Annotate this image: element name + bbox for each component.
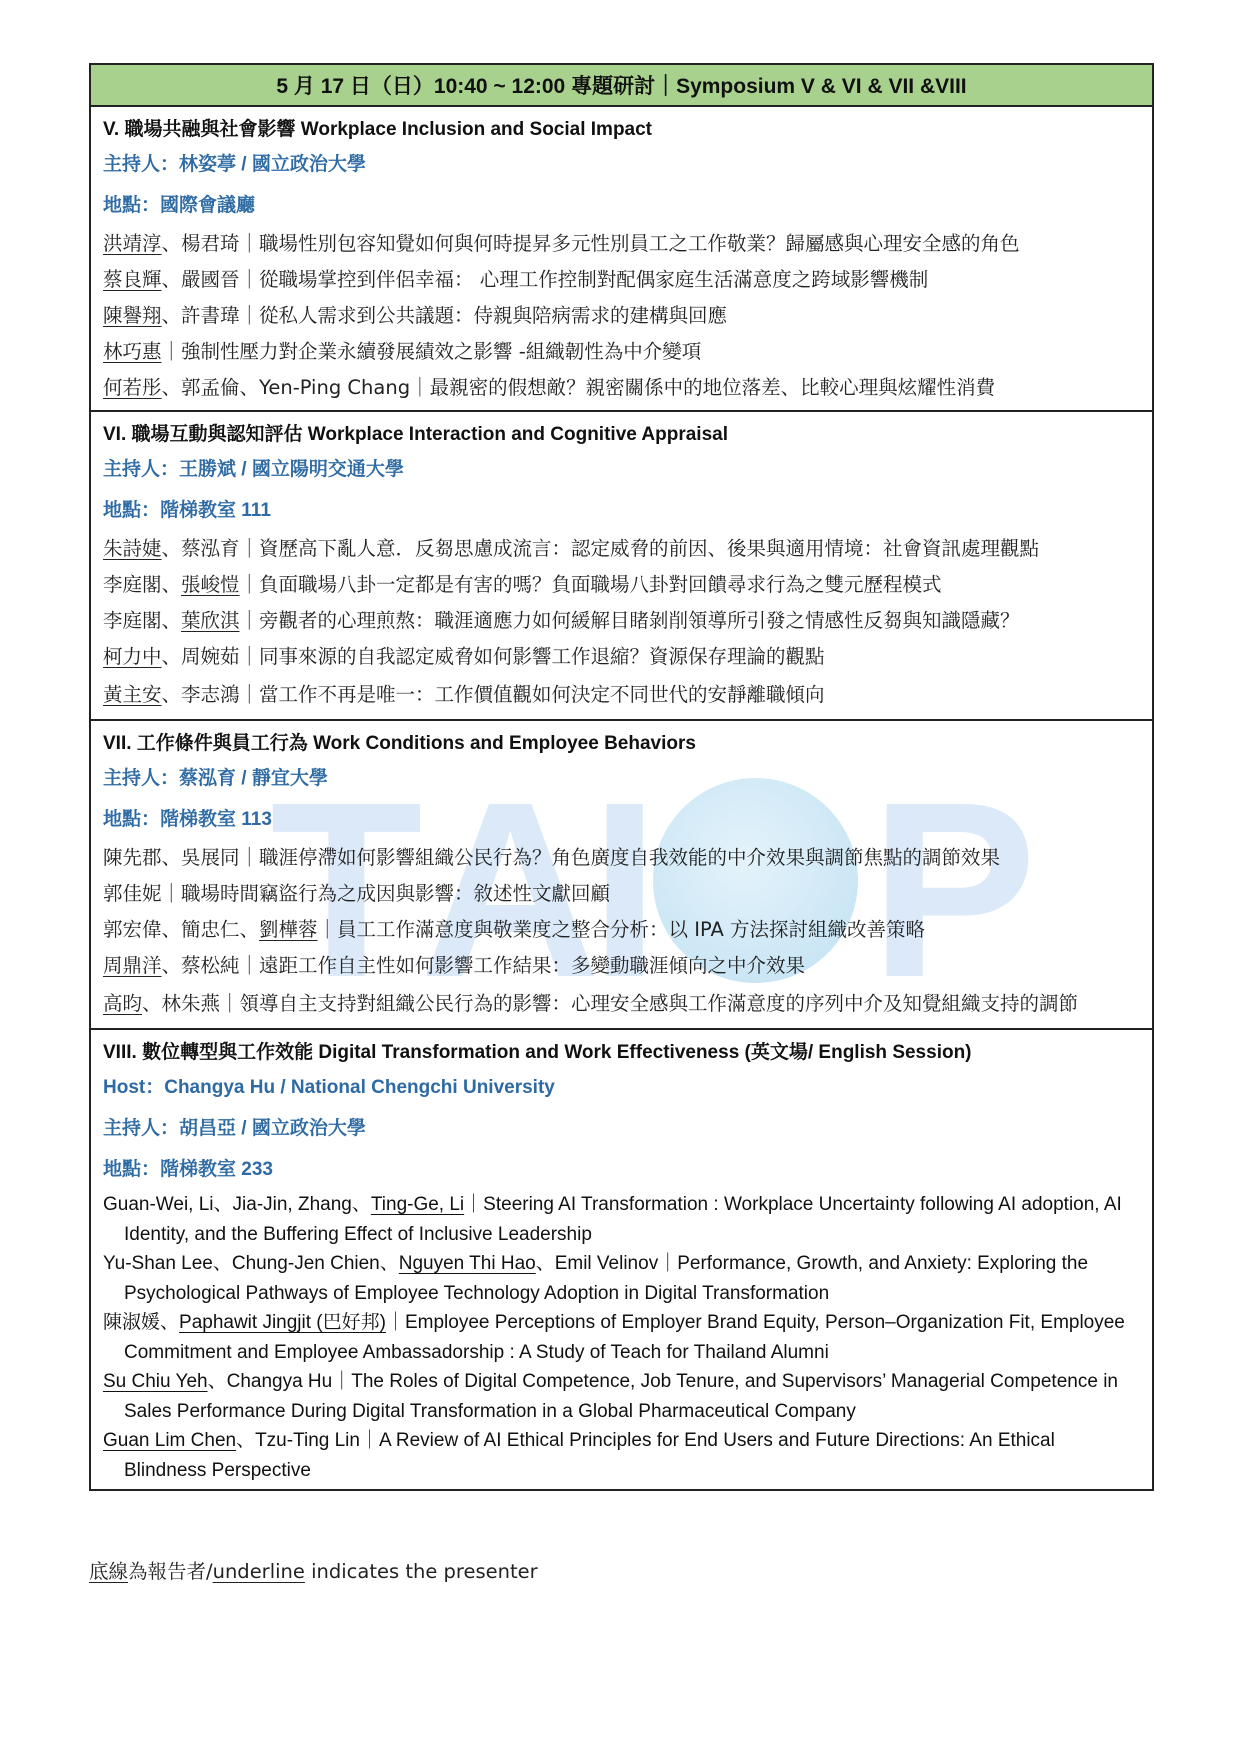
separator: ｜ [658, 1253, 677, 1274]
paper-title: 員工工作滿意度與敬業度之整合分析：以 IPA 方法探討組織改善策略 [337, 918, 925, 941]
presenter-name: 高昀 [103, 992, 142, 1015]
session-location: 地點：階梯教室 113 [103, 799, 1142, 840]
presenter-name: 洪靖淳 [103, 232, 162, 255]
symposium-schedule-table: 5 月 17 日（日）10:40 ~ 12:00 專題研討｜Symposium … [89, 63, 1154, 1491]
presenter-name: Su Chiu Yeh [103, 1371, 208, 1392]
paper-title: 從私人需求到公共議題：侍親與陪病需求的建構與回應 [259, 304, 727, 327]
paper-title: 負面職場八卦一定都是有害的嗎？負面職場八卦對回饋尋求行為之雙元歷程模式 [259, 573, 942, 596]
paper-item: Guan-Wei, Li、Jia-Jin, Zhang、Ting-Ge, Li｜… [103, 1190, 1142, 1249]
presenter-name: 柯力中 [103, 645, 162, 668]
coauthors-before: 李庭閣、 [103, 609, 181, 632]
coauthors-before: 郭佳妮 [103, 882, 162, 905]
separator: ｜ [464, 1194, 483, 1215]
coauthors-after: 、李志鴻 [162, 683, 240, 706]
paper-item: Su Chiu Yeh、Changya Hu｜The Roles of Digi… [103, 1367, 1142, 1426]
separator: ｜ [220, 992, 240, 1015]
separator: ｜ [162, 882, 182, 905]
coauthors-after: 、Emil Velinov [536, 1253, 659, 1274]
presenter-footnote: 底線為報告者/underline indicates the presenter [89, 1556, 538, 1584]
separator: ｜ [240, 232, 260, 255]
presenter-name: 林巧惠 [103, 340, 162, 363]
coauthors-after: 、周婉茹 [162, 645, 240, 668]
coauthors-after: 、Tzu-Ting Lin [236, 1430, 360, 1451]
coauthors: 、郭孟倫、Yen-Ping Chang [162, 376, 411, 399]
separator: ｜ [410, 376, 430, 399]
presenter-name: Ting-Ge, Li [371, 1194, 464, 1215]
paper-item: 洪靖淳、楊君琦｜職場性別包容知覺如何與何時提昇多元性別員工之工作敬業？歸屬感與心… [103, 226, 1142, 262]
separator: ｜ [240, 683, 260, 706]
paper-title: 遠距工作自主性如何影響工作結果：多變動職涯傾向之中介效果 [259, 954, 805, 977]
paper-item: Yu-Shan Lee、Chung-Jen Chien、Nguyen Thi H… [103, 1249, 1142, 1308]
paper-title: 資歷高下亂人意．反芻思慮成流言：認定威脅的前因、後果與適用情境：社會資訊處理觀點 [259, 537, 1039, 560]
paper-item: 黃主安、李志鴻｜當工作不再是唯一：工作價值觀如何決定不同世代的安靜離職傾向 [103, 675, 1142, 715]
coauthors-after: 、Changya Hu [208, 1371, 333, 1392]
coauthors-before: 李庭閣、 [103, 573, 181, 596]
separator: ｜ [240, 645, 260, 668]
session-host: 主持人：蔡泓育 / 靜宜大學 [103, 758, 1142, 799]
presenter-name: 何若彤 [103, 376, 162, 399]
coauthors-before: 陳淑媛、 [103, 1312, 179, 1333]
coauthors: 、楊君琦 [162, 232, 240, 255]
presenter-name: Nguyen Thi Hao [399, 1253, 536, 1274]
separator: ｜ [240, 573, 260, 596]
paper-item: 朱詩婕、蔡泓育｜資歷高下亂人意．反芻思慮成流言：認定威脅的前因、後果與適用情境：… [103, 531, 1142, 567]
separator: ｜ [318, 918, 338, 941]
paper-title: 強制性壓力對企業永續發展績效之影響 -組織韌性為中介變項 [181, 340, 701, 363]
paper-item: 陳淑媛、Paphawit Jingjit (巴好邦)｜Employee Perc… [103, 1308, 1142, 1367]
paper-title: 從職場掌控到伴侶幸福： 心理工作控制對配偶家庭生活滿意度之跨域影響機制 [259, 268, 928, 291]
session-location: 地點：階梯教室 111 [103, 490, 1142, 531]
paper-item: 陳譽翔、許書瑋｜從私人需求到公共議題：侍親與陪病需求的建構與回應 [103, 298, 1142, 334]
separator: ｜ [162, 340, 182, 363]
paper-item: 李庭閣、葉欣淇｜旁觀者的心理煎熬：職涯適應力如何緩解目睹剝削領導所引發之情感性反… [103, 603, 1142, 639]
paper-item: 陳先郡、吳展同｜職涯停滯如何影響組織公民行為？角色廣度自我效能的中介效果與調節焦… [103, 840, 1142, 876]
coauthors-after: 、蔡松純 [162, 954, 240, 977]
separator: ｜ [240, 954, 260, 977]
coauthors-after: 、蔡泓育 [162, 537, 240, 560]
session-title: VI. 職場互動與認知評估 Workplace Interaction and … [103, 420, 1142, 449]
coauthors-before: Guan-Wei, Li、Jia-Jin, Zhang、 [103, 1194, 371, 1215]
presenter-name: 朱詩婕 [103, 537, 162, 560]
presenter-name: 蔡良輝 [103, 268, 162, 291]
presenter-name: 周鼎洋 [103, 954, 162, 977]
paper-title: 職涯停滯如何影響組織公民行為？角色廣度自我效能的中介效果與調節焦點的調節效果 [259, 846, 1000, 869]
presenter-name: 葉欣淇 [181, 609, 240, 632]
footnote-en-text: indicates the presenter [305, 1560, 538, 1583]
separator: ｜ [332, 1371, 351, 1392]
paper-item: 郭佳妮｜職場時間竊盜行為之成因與影響：敘述性文獻回顧 [103, 876, 1142, 912]
paper-title: 當工作不再是唯一：工作價值觀如何決定不同世代的安靜離職傾向 [259, 683, 825, 706]
paper-item: 柯力中、周婉茹｜同事來源的自我認定威脅如何影響工作退縮？資源保存理論的觀點 [103, 639, 1142, 675]
session-viii: VIII. 數位轉型與工作效能 Digital Transformation a… [91, 1030, 1152, 1489]
paper-title: 同事來源的自我認定威脅如何影響工作退縮？資源保存理論的觀點 [259, 645, 825, 668]
coauthors: 、嚴國晉 [162, 268, 240, 291]
paper-item: 高昀、林朱燕｜領導自主支持對組織公民行為的影響：心理安全感與工作滿意度的序列中介… [103, 984, 1142, 1024]
paper-title: 旁觀者的心理煎熬：職涯適應力如何緩解目睹剝削領導所引發之情感性反芻與知識隱藏？ [259, 609, 1020, 632]
coauthors-before: Yu-Shan Lee、Chung-Jen Chien、 [103, 1253, 399, 1274]
session-location: 地點：階梯教室 233 [103, 1149, 1142, 1190]
paper-item: 周鼎洋、蔡松純｜遠距工作自主性如何影響工作結果：多變動職涯傾向之中介效果 [103, 948, 1142, 984]
presenter-name: Guan Lim Chen [103, 1430, 236, 1451]
coauthors: 、許書瑋 [162, 304, 240, 327]
separator: ｜ [240, 609, 260, 632]
paper-title: 職場時間竊盜行為之成因與影響：敘述性文獻回顧 [181, 882, 610, 905]
session-host: 主持人：林姿葶 / 國立政治大學 [103, 144, 1142, 185]
coauthors-before: 陳先郡、吳展同 [103, 846, 240, 869]
paper-title: 最親密的假想敵？親密關係中的地位落差、比較心理與炫耀性消費 [430, 376, 996, 399]
presenter-name: 黃主安 [103, 683, 162, 706]
session-location: 地點：國際會議廳 [103, 185, 1142, 226]
session-v: V. 職場共融與社會影響 Workplace Inclusion and Soc… [91, 107, 1152, 412]
schedule-header: 5 月 17 日（日）10:40 ~ 12:00 專題研討｜Symposium … [91, 65, 1152, 107]
session-host: 主持人：胡昌亞 / 國立政治大學 [103, 1108, 1142, 1149]
paper-title: 職場性別包容知覺如何與何時提昇多元性別員工之工作敬業？歸屬感與心理安全感的角色 [259, 232, 1020, 255]
paper-title: 領導自主支持對組織公民行為的影響：心理安全感與工作滿意度的序列中介及知覺組織支持… [240, 992, 1079, 1015]
footnote-zh-text: 為報告者/ [128, 1560, 213, 1583]
coauthors-before: 郭宏偉、簡忠仁、 [103, 918, 259, 941]
separator: ｜ [240, 304, 260, 327]
separator: ｜ [360, 1430, 379, 1451]
presenter-name: 劉樺蓉 [259, 918, 318, 941]
presenter-name: 張峻愷 [181, 573, 240, 596]
separator: ｜ [240, 537, 260, 560]
coauthors-after: 、林朱燕 [142, 992, 220, 1015]
session-title: VIII. 數位轉型與工作效能 Digital Transformation a… [103, 1038, 1142, 1067]
session-host-en: Host：Changya Hu / National Chengchi Univ… [103, 1067, 1142, 1108]
paper-item: 何若彤、郭孟倫、Yen-Ping Chang｜最親密的假想敵？親密關係中的地位落… [103, 370, 1142, 406]
presenter-name: Paphawit Jingjit (巴好邦) [179, 1312, 386, 1333]
paper-item: Guan Lim Chen、Tzu-Ting Lin｜A Review of A… [103, 1426, 1142, 1485]
session-vii: VII. 工作條件與員工行為 Work Conditions and Emplo… [91, 721, 1152, 1030]
paper-item: 林巧惠｜強制性壓力對企業永續發展績效之影響 -組織韌性為中介變項 [103, 334, 1142, 370]
paper-item: 蔡良輝、嚴國晉｜從職場掌控到伴侶幸福： 心理工作控制對配偶家庭生活滿意度之跨域影… [103, 262, 1142, 298]
paper-item: 李庭閣、張峻愷｜負面職場八卦一定都是有害的嗎？負面職場八卦對回饋尋求行為之雙元歷… [103, 567, 1142, 603]
session-title: V. 職場共融與社會影響 Workplace Inclusion and Soc… [103, 115, 1142, 144]
presenter-name: 陳譽翔 [103, 304, 162, 327]
separator: ｜ [240, 846, 260, 869]
separator: ｜ [386, 1312, 405, 1333]
paper-item: 郭宏偉、簡忠仁、劉樺蓉｜員工工作滿意度與敬業度之整合分析：以 IPA 方法探討組… [103, 912, 1142, 948]
schedule-header-title: 5 月 17 日（日）10:40 ~ 12:00 專題研討｜Symposium … [276, 70, 966, 100]
session-vi: VI. 職場互動與認知評估 Workplace Interaction and … [91, 412, 1152, 721]
session-title: VII. 工作條件與員工行為 Work Conditions and Emplo… [103, 729, 1142, 758]
footnote-underlined-en: underline [213, 1560, 305, 1583]
separator: ｜ [240, 268, 260, 291]
footnote-underlined-zh: 底線 [89, 1560, 128, 1583]
session-host: 主持人：王勝斌 / 國立陽明交通大學 [103, 449, 1142, 490]
